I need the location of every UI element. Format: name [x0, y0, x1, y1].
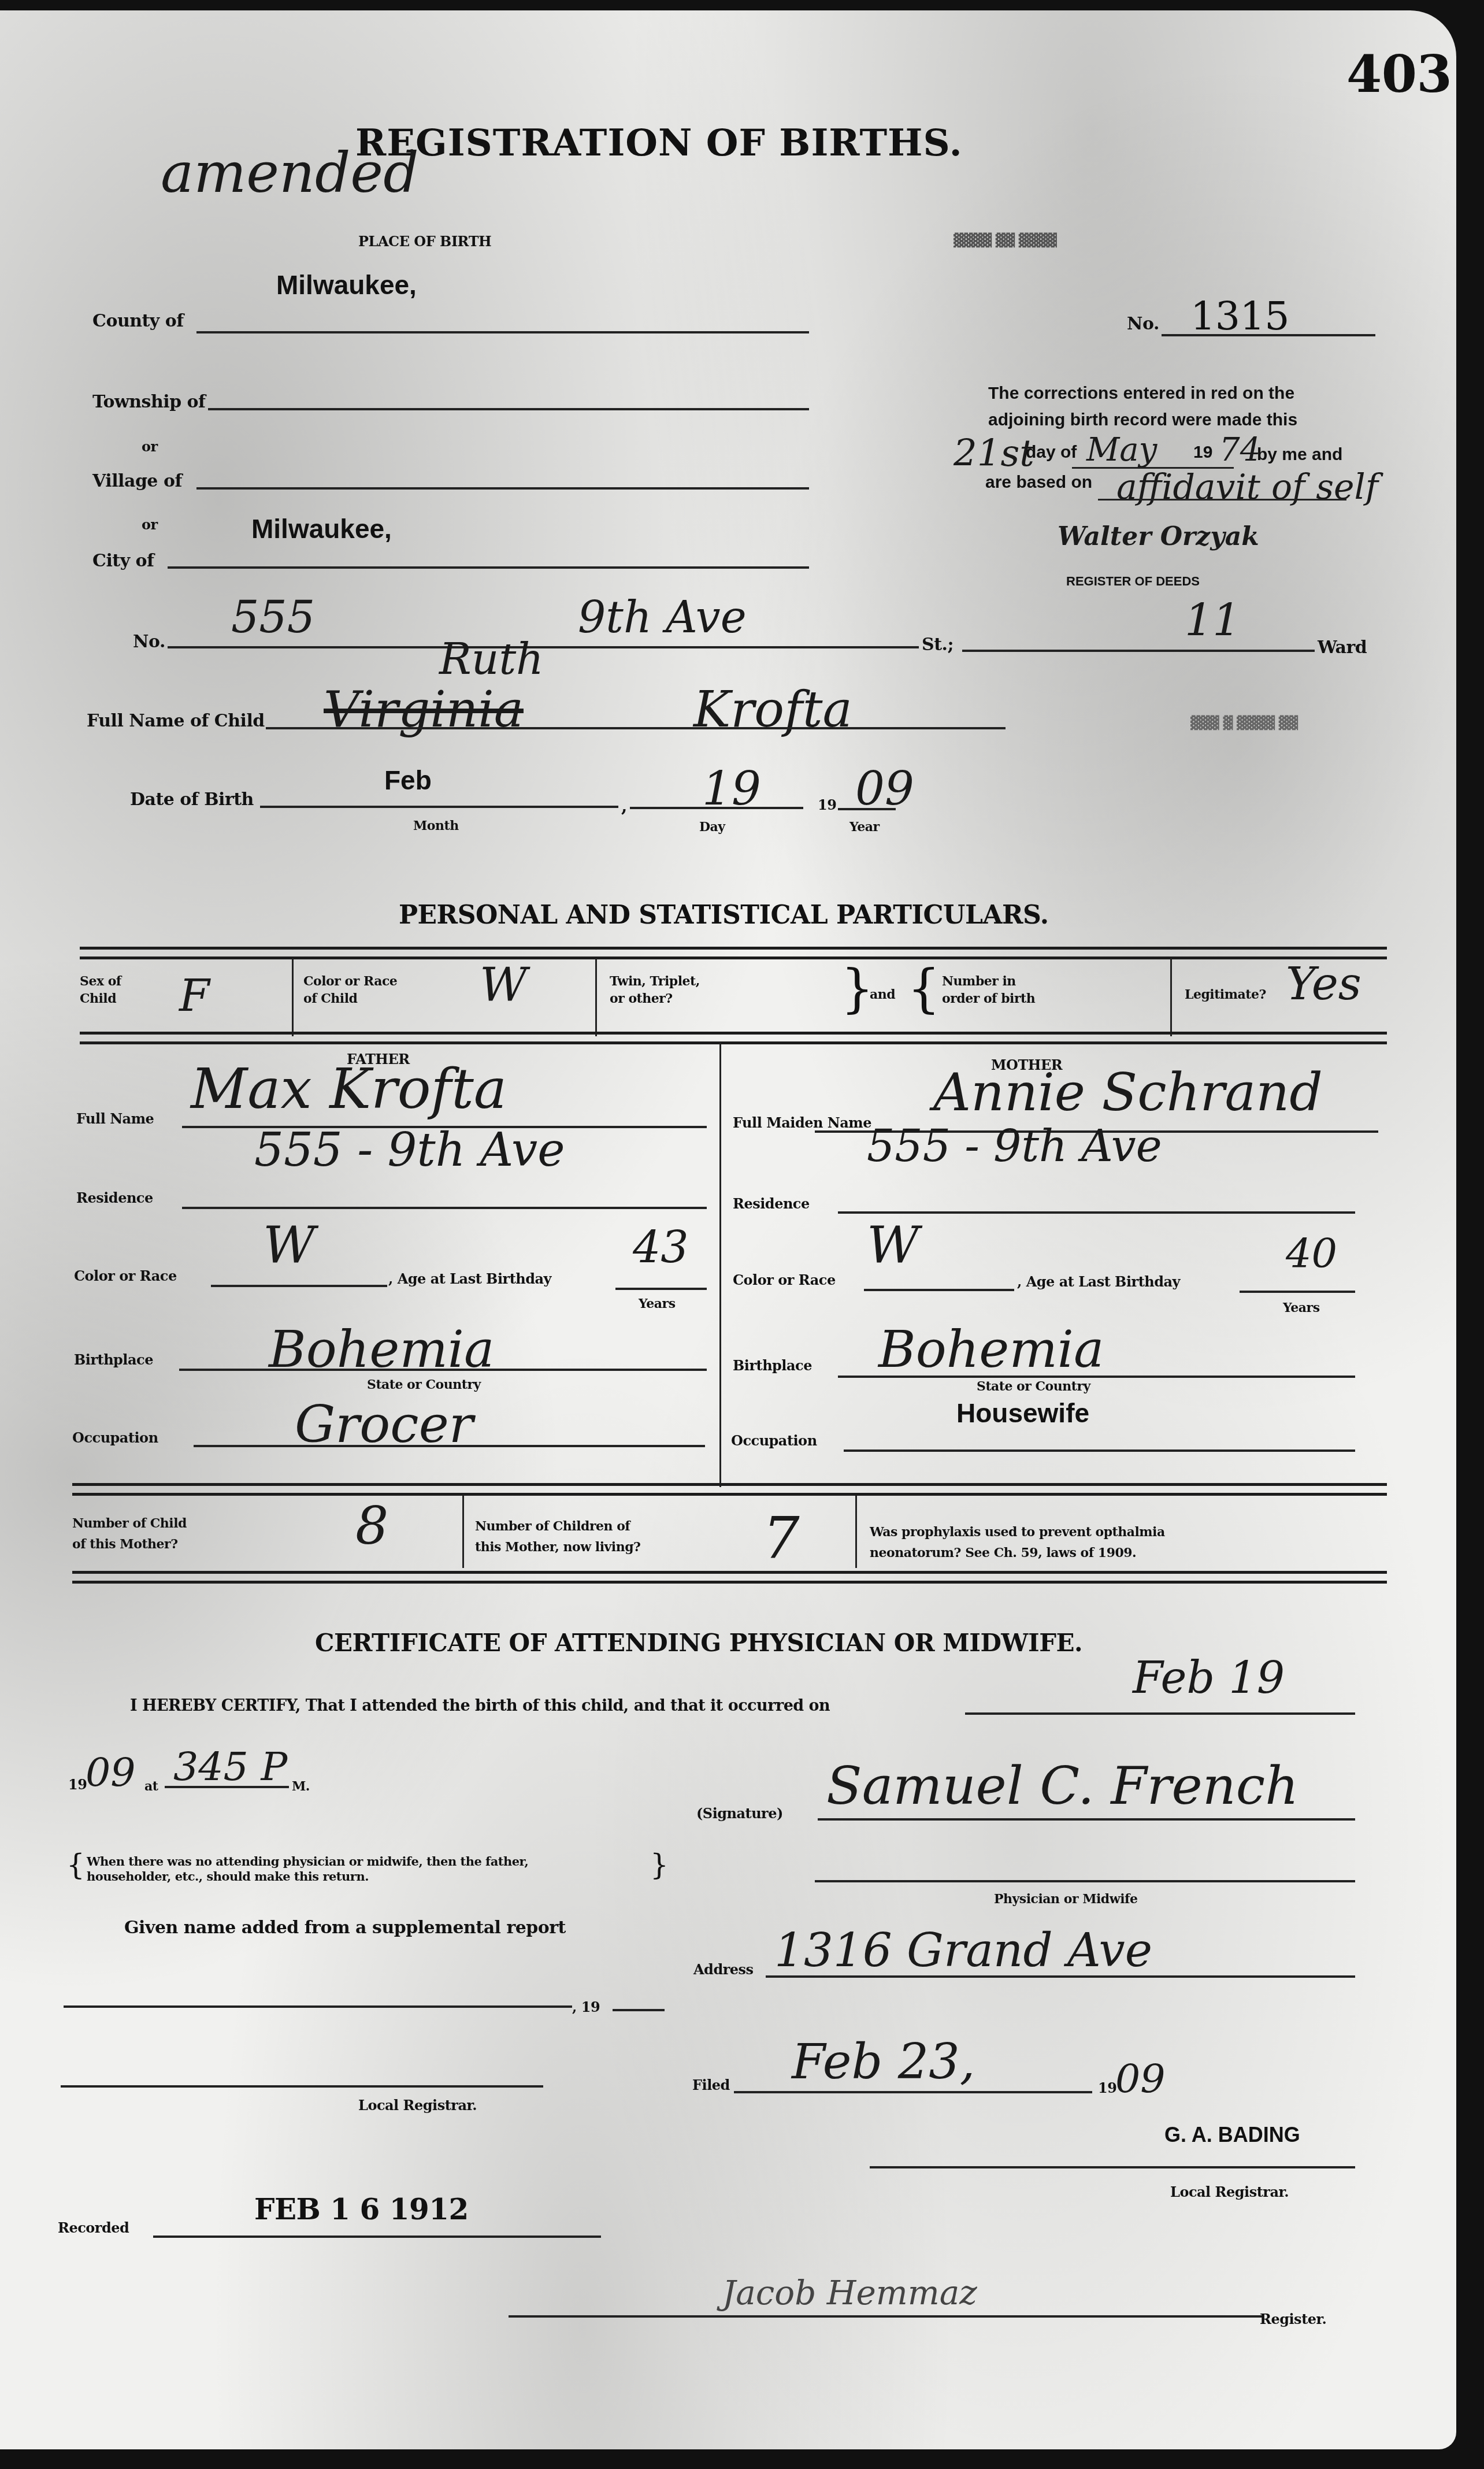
father-age: 43 [633, 1221, 689, 1273]
father-residence-label: Residence [76, 1189, 153, 1206]
father-occupation-label: Occupation [72, 1429, 158, 1446]
personal-heading: PERSONAL AND STATISTICAL PARTICULARS. [399, 900, 1049, 930]
father-residence: 555 - 9th Ave [254, 1123, 565, 1177]
number-of-child-label: Number of Childof this Mother? [72, 1513, 187, 1555]
county-label: County of [92, 311, 184, 331]
dob-year-prefix: 19 [818, 796, 836, 813]
dob-month-line [260, 806, 618, 808]
street-name: 9th Ave [578, 591, 747, 643]
father-years-caption: Years [639, 1296, 676, 1311]
mother-occupation-label: Occupation [731, 1432, 817, 1449]
recorded-label: Recorded [58, 2219, 129, 2236]
mother-birthplace-label: Birthplace [733, 1357, 812, 1374]
mother-residence: 555 - 9th Ave [867, 1120, 1162, 1172]
correction-stamp: The corrections entered in red on the ad… [988, 380, 1297, 433]
physician-signature: Samuel C. French [826, 1756, 1298, 1816]
register-signature: Jacob Hemmaz [722, 2273, 977, 2312]
st-label: St.; [922, 635, 954, 655]
signature-label: (Signature) [696, 1805, 783, 1822]
dob-day-line [630, 807, 803, 809]
child-name-label: Full Name of Child [87, 711, 265, 731]
mother-age-label: , Age at Last Birthday [1017, 1273, 1180, 1290]
dob-year-line [838, 808, 896, 810]
number-of-child-value: 8 [355, 1496, 388, 1556]
children-living-label: Number of Children ofthis Mother, now li… [475, 1516, 640, 1558]
father-state-caption: State or Country [367, 1377, 481, 1392]
correction-year-prefix: 19 [1193, 443, 1212, 462]
village-label: Village of [92, 471, 182, 491]
day-caption: Day [699, 820, 725, 835]
sex-label: Sex ofChild [80, 973, 121, 1007]
father-birthplace-label: Birthplace [74, 1351, 153, 1368]
mother-state-caption: State or Country [977, 1379, 1090, 1394]
child-name-line [266, 727, 1006, 729]
year-caption: Year [849, 820, 880, 835]
correction-line-2: adjoining birth record were made this [988, 407, 1297, 433]
certify-text: I HEREBY CERTIFY, That I attended the bi… [130, 1697, 830, 1715]
street-number: 555 [231, 591, 315, 643]
ward-value: 11 [1185, 594, 1241, 646]
place-of-birth-heading: PLACE OF BIRTH [358, 233, 491, 250]
address-label: Address [693, 1961, 754, 1978]
children-bottom-rule [72, 1571, 1387, 1584]
street-no-label: No. [133, 632, 165, 652]
father-name-label: Full Name [76, 1110, 154, 1127]
ward-line [962, 650, 1315, 652]
mother-occupation: Housewife [956, 1397, 1089, 1429]
children-living-value: 7 [763, 1504, 800, 1572]
certificate-heading: CERTIFICATE OF ATTENDING PHYSICIAN OR MI… [315, 1629, 1082, 1657]
color-of-child-value: W [480, 958, 527, 1012]
local-registrar-caption-left: Local Registrar. [358, 2097, 477, 2114]
filed-date: Feb 23, [792, 2033, 975, 2090]
document-title: REGISTRATION OF BIRTHS. [355, 121, 963, 165]
occurred-date: Feb 19 [1133, 1652, 1285, 1703]
father-color: W [263, 1215, 315, 1275]
amended-annotation: amended [161, 140, 419, 205]
faded-text: ▓▓▓ ▓ ▓▓▓▓ ▓▓ [1190, 716, 1298, 731]
faded-stamp-text: ▓▓▓▓ ▓▓ ▓▓▓▓ [954, 233, 1057, 248]
city-value: Milwaukee, [251, 513, 392, 544]
father-color-label: Color or Race [74, 1267, 177, 1284]
register-of-deeds-signature: Walter Orzyak [1058, 522, 1259, 551]
sex-value: F [179, 970, 210, 1021]
mother-name-label: Full Maiden Name [733, 1114, 871, 1131]
father-name: Max Krofta [191, 1056, 507, 1121]
city-line [168, 566, 809, 569]
register-of-deeds-label: REGISTER OF DEEDS [1066, 574, 1200, 589]
child-surname: Krofta [693, 681, 852, 739]
cert-year-prefix: 19 [68, 1776, 87, 1793]
child-name-struck: Virginia [324, 681, 524, 739]
cert-at-label: at [144, 1779, 158, 1794]
parents-divider [719, 1042, 721, 1487]
record-no-line [1162, 334, 1375, 336]
township-line [208, 408, 809, 410]
city-label: City of [92, 551, 154, 571]
and-label: and [870, 987, 895, 1002]
dob-label: Date of Birth [130, 789, 254, 810]
birth-registration-page: 403 REGISTRATION OF BIRTHS. amended PLAC… [0, 10, 1456, 2449]
village-line [196, 487, 809, 490]
mother-residence-label: Residence [733, 1195, 810, 1212]
correction-basis-line [1098, 499, 1346, 501]
cert-year: 09 [86, 1750, 136, 1796]
dob-month: Feb [384, 765, 432, 796]
page-number: 403 [1346, 44, 1452, 104]
filed-year: 09 [1115, 2056, 1166, 2102]
or-text: or [142, 438, 158, 455]
children-top-rule [72, 1483, 1387, 1496]
color-of-child-label: Color or Raceof Child [303, 973, 397, 1007]
cert-time: 345 P [173, 1744, 287, 1790]
father-age-label: , Age at Last Birthday [388, 1270, 551, 1287]
mother-color-label: Color or Race [733, 1271, 836, 1288]
supplemental-year-prefix: , 19 [572, 1999, 600, 2015]
correction-line-1: The corrections entered in red on the [988, 380, 1297, 407]
physician-caption: Physician or Midwife [994, 1892, 1138, 1907]
supplemental-text: Given name added from a supplemental rep… [124, 1918, 566, 1938]
stats-top-rule [80, 947, 1387, 959]
registrar-name: G. A. BADING [1164, 2123, 1300, 2147]
no-physician-note: When there was no attending physician or… [87, 1854, 528, 1884]
register-label: Register. [1260, 2311, 1326, 2327]
filed-year-prefix: 19 [1098, 2079, 1116, 2096]
township-label: Township of [92, 392, 205, 412]
birth-order-label: Number inorder of birth [942, 973, 1035, 1007]
local-registrar-caption-right: Local Registrar. [1170, 2183, 1289, 2200]
filed-label: Filed [692, 2077, 730, 2093]
child-name-correction: Ruth [439, 635, 544, 684]
record-no-label: No. [1127, 314, 1159, 334]
physician-address: 1316 Grand Ave [774, 1923, 1152, 1977]
stats-bottom-rule [80, 1032, 1387, 1044]
correction-basis: affidavit of self [1003, 467, 1378, 507]
legitimate-value: Yes [1286, 958, 1361, 1010]
correction-day-label: day of [1026, 443, 1077, 462]
correction-year: 74 [1219, 431, 1260, 469]
mother-years-caption: Years [1283, 1300, 1320, 1315]
or-text: or [142, 516, 158, 533]
month-caption: Month [413, 818, 459, 833]
mother-age: 40 [1286, 1230, 1337, 1277]
prophylaxis-label: Was prophylaxis used to prevent opthalmi… [870, 1522, 1165, 1563]
mother-birthplace: Bohemia [878, 1319, 1104, 1379]
ward-label: Ward [1318, 637, 1367, 658]
correction-month: May [1086, 431, 1157, 469]
correction-by-text: by me and [1257, 445, 1342, 465]
recorded-stamp: FEB 1 6 1912 [254, 2192, 469, 2226]
mother-name: Annie Schrand [933, 1062, 1323, 1123]
mother-color: W [867, 1215, 919, 1275]
legitimate-label: Legitimate? [1185, 987, 1266, 1002]
county-value: Milwaukee, [276, 269, 417, 301]
twin-label: Twin, Triplet,or other? [610, 973, 700, 1007]
cert-m-label: M. [292, 1779, 310, 1794]
record-number: 1315 [1190, 294, 1289, 339]
county-line [196, 331, 809, 333]
